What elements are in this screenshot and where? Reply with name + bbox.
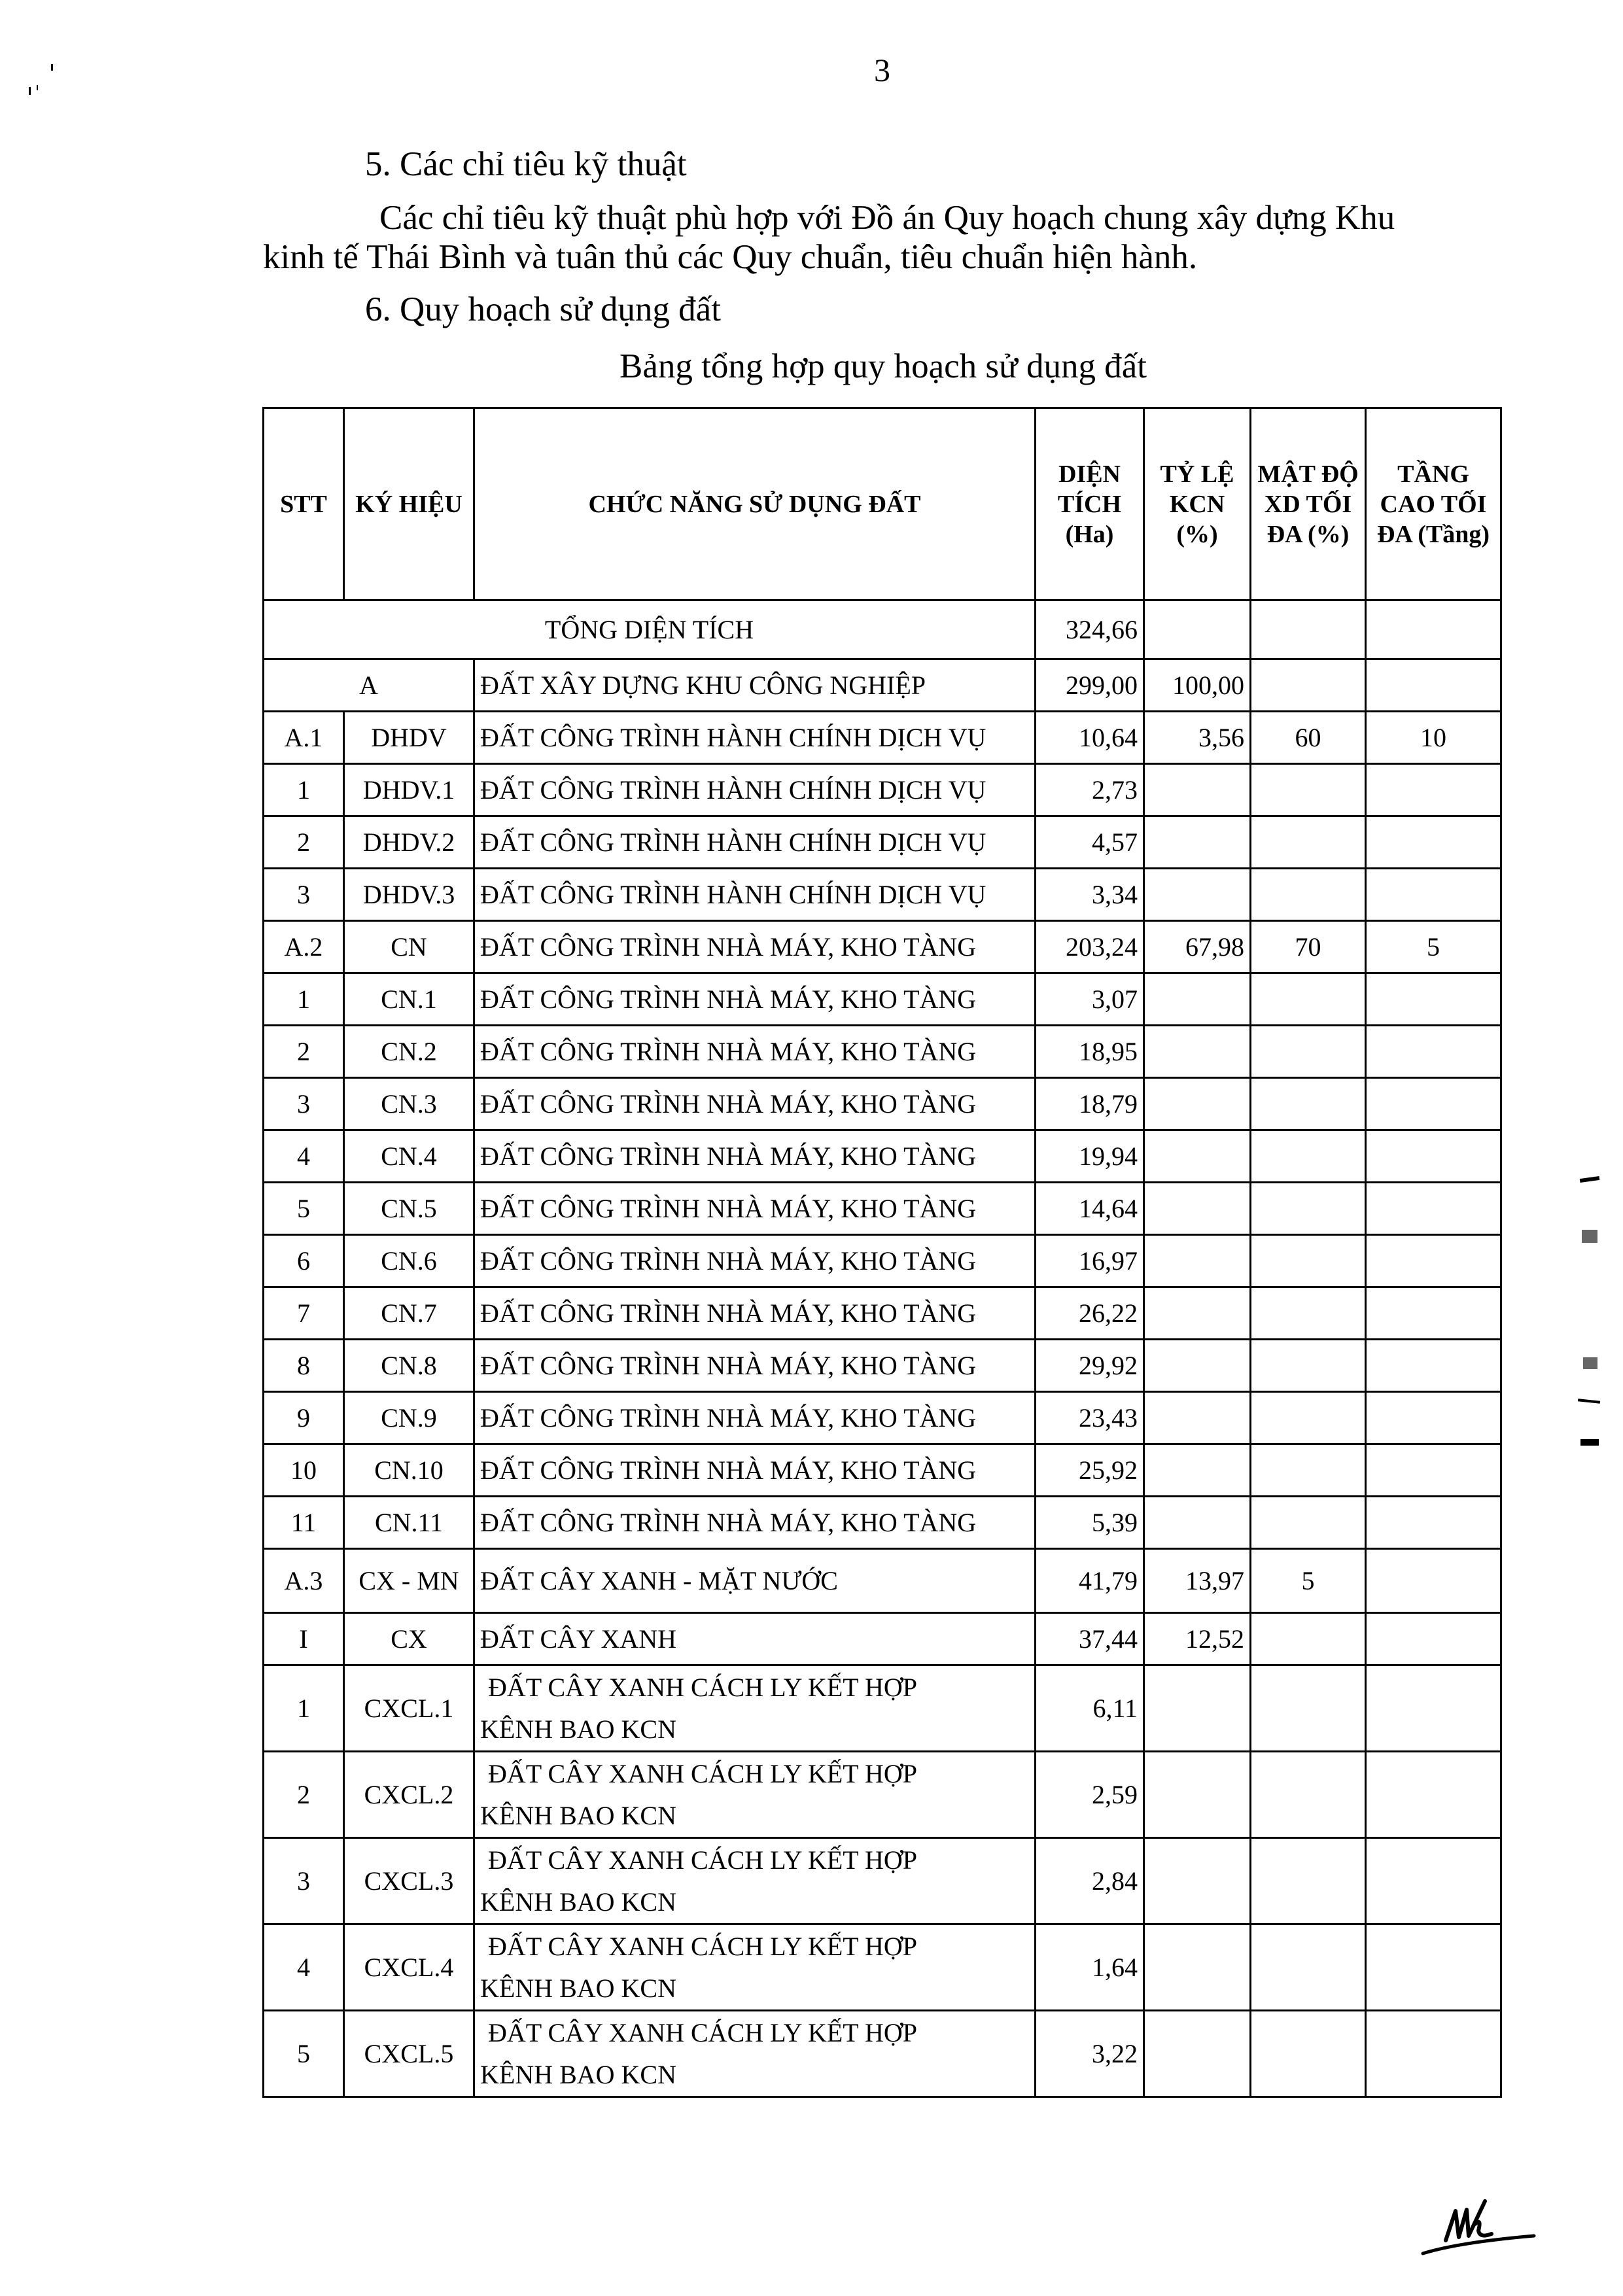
cell-ky-hieu: CXCL.3 <box>344 1838 474 1924</box>
cell-ky-hieu: DHDV.2 <box>344 816 474 869</box>
table-row: 5CXCL.5ĐẤT CÂY XANH CÁCH LY KẾT HỢPKÊNH … <box>264 2011 1501 2097</box>
cell-tang-cao <box>1366 764 1501 816</box>
header-tang-cao: TẦNG CAO TỐI ĐA (Tầng) <box>1366 408 1501 600</box>
chuc-nang-line-2: KÊNH BAO KCN <box>480 1881 1029 1923</box>
cell-mat-do <box>1251 1392 1366 1444</box>
cell-dien-tich: 26,22 <box>1036 1287 1144 1340</box>
table-row: 1DHDV.1ĐẤT CÔNG TRÌNH HÀNH CHÍNH DỊCH VỤ… <box>264 764 1501 816</box>
group-a-chuc-nang: ĐẤT XÂY DỰNG KHU CÔNG NGHIỆP <box>474 659 1036 712</box>
land-use-table: STT KÝ HIỆU CHỨC NĂNG SỬ DỤNG ĐẤT DIỆN T… <box>262 407 1502 2098</box>
cell-dien-tich: 2,84 <box>1036 1838 1144 1924</box>
cell-stt: I <box>264 1613 344 1665</box>
cell-stt: 3 <box>264 1078 344 1130</box>
scan-speck <box>1580 1176 1600 1183</box>
scan-speck <box>1582 1230 1597 1243</box>
cell-chuc-nang: ĐẤT CÔNG TRÌNH NHÀ MÁY, KHO TÀNG <box>474 1287 1036 1340</box>
chuc-nang-line-1: ĐẤT CÂY XANH CÁCH LY KẾT HỢP <box>480 1753 1029 1795</box>
cell-mat-do <box>1251 1130 1366 1183</box>
cell-dien-tich: 37,44 <box>1036 1613 1144 1665</box>
chuc-nang-line-2: KÊNH BAO KCN <box>480 2054 1029 2096</box>
cell-tang-cao <box>1366 973 1501 1026</box>
cell-ky-hieu: CN.1 <box>344 973 474 1026</box>
header-dien-tich: DIỆN TÍCH (Ha) <box>1036 408 1144 600</box>
cell-ty-le <box>1144 1665 1251 1752</box>
cell-stt: 9 <box>264 1392 344 1444</box>
cell-stt: 8 <box>264 1340 344 1392</box>
cell-mat-do <box>1251 1183 1366 1235</box>
header-stt: STT <box>264 408 344 600</box>
cell-mat-do <box>1251 1665 1366 1752</box>
cell-ky-hieu: CN.5 <box>344 1183 474 1235</box>
cell-chuc-nang: ĐẤT CÔNG TRÌNH HÀNH CHÍNH DỊCH VỤ <box>474 764 1036 816</box>
section-5-body-line-1: Các chỉ tiêu kỹ thuật phù hợp với Đồ án … <box>379 196 1395 239</box>
cell-tang-cao <box>1366 1287 1501 1340</box>
table-row: 9CN.9ĐẤT CÔNG TRÌNH NHÀ MÁY, KHO TÀNG23,… <box>264 1392 1501 1444</box>
cell-stt: 4 <box>264 1130 344 1183</box>
cell-chuc-nang: ĐẤT CÂY XANH CÁCH LY KẾT HỢPKÊNH BAO KCN <box>474 2011 1036 2097</box>
cell-ty-le: 3,56 <box>1144 712 1251 764</box>
cell-dien-tich: 14,64 <box>1036 1183 1144 1235</box>
cell-chuc-nang: ĐẤT CÔNG TRÌNH NHÀ MÁY, KHO TÀNG <box>474 1026 1036 1078</box>
cell-ky-hieu: CXCL.1 <box>344 1665 474 1752</box>
cell-mat-do <box>1251 1838 1366 1924</box>
cell-tang-cao <box>1366 1549 1501 1613</box>
section-5-body-line-2: kinh tế Thái Bình và tuân thủ các Quy ch… <box>263 235 1197 279</box>
cell-ty-le <box>1144 1392 1251 1444</box>
cell-ky-hieu: DHDV <box>344 712 474 764</box>
scan-speck <box>37 85 38 90</box>
total-dien-tich: 324,66 <box>1036 600 1144 659</box>
total-row: TỔNG DIỆN TÍCH 324,66 <box>264 600 1501 659</box>
cell-tang-cao <box>1366 816 1501 869</box>
cell-dien-tich: 6,11 <box>1036 1665 1144 1752</box>
table-row: ICXĐẤT CÂY XANH37,4412,52 <box>264 1613 1501 1665</box>
cell-ty-le: 67,98 <box>1144 921 1251 973</box>
empty-cell <box>1144 600 1251 659</box>
cell-tang-cao <box>1366 2011 1501 2097</box>
table-row: 3CN.3ĐẤT CÔNG TRÌNH NHÀ MÁY, KHO TÀNG18,… <box>264 1078 1501 1130</box>
cell-ty-le: 13,97 <box>1144 1549 1251 1613</box>
cell-mat-do: 5 <box>1251 1549 1366 1613</box>
cell-ky-hieu: CN <box>344 921 474 973</box>
cell-ty-le <box>1144 1752 1251 1838</box>
cell-chuc-nang: ĐẤT CÔNG TRÌNH NHÀ MÁY, KHO TÀNG <box>474 1130 1036 1183</box>
header-mat-do: MẬT ĐỘ XD TỐI ĐA (%) <box>1251 408 1366 600</box>
cell-dien-tich: 41,79 <box>1036 1549 1144 1613</box>
cell-ty-le <box>1144 1078 1251 1130</box>
header-chuc-nang: CHỨC NĂNG SỬ DỤNG ĐẤT <box>474 408 1036 600</box>
cell-tang-cao <box>1366 1340 1501 1392</box>
scan-speck <box>1578 1399 1600 1404</box>
cell-tang-cao <box>1366 1613 1501 1665</box>
cell-ty-le <box>1144 1130 1251 1183</box>
cell-tang-cao <box>1366 1392 1501 1444</box>
cell-ky-hieu: CN.4 <box>344 1130 474 1183</box>
empty-cell <box>1366 659 1501 712</box>
cell-tang-cao <box>1366 1444 1501 1497</box>
table-row: 2DHDV.2ĐẤT CÔNG TRÌNH HÀNH CHÍNH DỊCH VỤ… <box>264 816 1501 869</box>
cell-stt: 1 <box>264 973 344 1026</box>
group-a-code: A <box>264 659 474 712</box>
cell-ty-le <box>1144 764 1251 816</box>
cell-ky-hieu: CN.7 <box>344 1287 474 1340</box>
cell-mat-do <box>1251 816 1366 869</box>
empty-cell <box>1366 600 1501 659</box>
cell-ty-le <box>1144 1340 1251 1392</box>
cell-chuc-nang: ĐẤT CÂY XANH CÁCH LY KẾT HỢPKÊNH BAO KCN <box>474 1924 1036 2011</box>
cell-mat-do <box>1251 1026 1366 1078</box>
table-caption-text: Bảng tổng hợp quy hoạch sử dụng đất <box>620 347 1147 385</box>
cell-ty-le <box>1144 869 1251 921</box>
chuc-nang-line-1: ĐẤT CÂY XANH CÁCH LY KẾT HỢP <box>480 1839 1029 1881</box>
cell-ky-hieu: CX <box>344 1613 474 1665</box>
cell-chuc-nang: ĐẤT CÂY XANH CÁCH LY KẾT HỢPKÊNH BAO KCN <box>474 1838 1036 1924</box>
cell-mat-do <box>1251 1287 1366 1340</box>
cell-tang-cao <box>1366 1497 1501 1549</box>
cell-tang-cao <box>1366 1183 1501 1235</box>
cell-mat-do <box>1251 1752 1366 1838</box>
cell-dien-tich: 18,95 <box>1036 1026 1144 1078</box>
cell-ky-hieu: CXCL.2 <box>344 1752 474 1838</box>
table-caption: Bảng tổng hợp quy hoạch sử dụng đất <box>0 347 1623 386</box>
cell-ty-le <box>1144 1026 1251 1078</box>
cell-ky-hieu: CN.11 <box>344 1497 474 1549</box>
cell-mat-do <box>1251 1078 1366 1130</box>
cell-dien-tich: 3,34 <box>1036 869 1144 921</box>
cell-ty-le <box>1144 816 1251 869</box>
cell-chuc-nang: ĐẤT CÔNG TRÌNH NHÀ MÁY, KHO TÀNG <box>474 921 1036 973</box>
chuc-nang-line-2: KÊNH BAO KCN <box>480 1709 1029 1750</box>
scan-speck <box>1580 1439 1599 1446</box>
cell-ky-hieu: DHDV.3 <box>344 869 474 921</box>
cell-chuc-nang: ĐẤT CÂY XANH CÁCH LY KẾT HỢPKÊNH BAO KCN <box>474 1752 1036 1838</box>
cell-dien-tich: 25,92 <box>1036 1444 1144 1497</box>
group-a-ty-le: 100,00 <box>1144 659 1251 712</box>
cell-stt: 1 <box>264 764 344 816</box>
cell-tang-cao <box>1366 1665 1501 1752</box>
cell-ky-hieu: CN.8 <box>344 1340 474 1392</box>
cell-chuc-nang: ĐẤT CÔNG TRÌNH NHÀ MÁY, KHO TÀNG <box>474 1340 1036 1392</box>
cell-dien-tich: 4,57 <box>1036 816 1144 869</box>
cell-dien-tich: 2,59 <box>1036 1752 1144 1838</box>
cell-chuc-nang: ĐẤT CÔNG TRÌNH NHÀ MÁY, KHO TÀNG <box>474 1497 1036 1549</box>
cell-ty-le <box>1144 1444 1251 1497</box>
table-row: 3CXCL.3ĐẤT CÂY XANH CÁCH LY KẾT HỢPKÊNH … <box>264 1838 1501 1924</box>
chuc-nang-line-1: ĐẤT CÂY XANH CÁCH LY KẾT HỢP <box>480 1667 1029 1709</box>
table-row: 4CXCL.4ĐẤT CÂY XANH CÁCH LY KẾT HỢPKÊNH … <box>264 1924 1501 2011</box>
cell-ky-hieu: CXCL.4 <box>344 1924 474 2011</box>
cell-chuc-nang: ĐẤT CÔNG TRÌNH HÀNH CHÍNH DỊCH VỤ <box>474 816 1036 869</box>
table-row: A.1DHDVĐẤT CÔNG TRÌNH HÀNH CHÍNH DỊCH VỤ… <box>264 712 1501 764</box>
cell-dien-tich: 23,43 <box>1036 1392 1144 1444</box>
total-label: TỔNG DIỆN TÍCH <box>264 600 1036 659</box>
chuc-nang-line-2: KÊNH BAO KCN <box>480 1795 1029 1837</box>
cell-chuc-nang: ĐẤT CÔNG TRÌNH HÀNH CHÍNH DỊCH VỤ <box>474 712 1036 764</box>
chuc-nang-line-1: ĐẤT CÂY XANH CÁCH LY KẾT HỢP <box>480 1926 1029 1968</box>
cell-dien-tich: 2,73 <box>1036 764 1144 816</box>
scan-speck <box>29 87 31 95</box>
cell-stt: A.1 <box>264 712 344 764</box>
table-row: 5CN.5ĐẤT CÔNG TRÌNH NHÀ MÁY, KHO TÀNG14,… <box>264 1183 1501 1235</box>
table-row: 6CN.6ĐẤT CÔNG TRÌNH NHÀ MÁY, KHO TÀNG16,… <box>264 1235 1501 1287</box>
cell-tang-cao <box>1366 1026 1501 1078</box>
cell-chuc-nang: ĐẤT CÔNG TRÌNH NHÀ MÁY, KHO TÀNG <box>474 1078 1036 1130</box>
cell-chuc-nang: ĐẤT CÔNG TRÌNH NHÀ MÁY, KHO TÀNG <box>474 1392 1036 1444</box>
empty-cell <box>1251 600 1366 659</box>
cell-stt: 3 <box>264 869 344 921</box>
cell-chuc-nang: ĐẤT CÔNG TRÌNH NHÀ MÁY, KHO TÀNG <box>474 1444 1036 1497</box>
cell-stt: 10 <box>264 1444 344 1497</box>
cell-mat-do <box>1251 869 1366 921</box>
cell-dien-tich: 10,64 <box>1036 712 1144 764</box>
table-row: A.3CX - MNĐẤT CÂY XANH - MẶT NƯỚC41,7913… <box>264 1549 1501 1613</box>
cell-ty-le <box>1144 1838 1251 1924</box>
table-header-row: STT KÝ HIỆU CHỨC NĂNG SỬ DỤNG ĐẤT DIỆN T… <box>264 408 1501 600</box>
cell-ky-hieu: CN.6 <box>344 1235 474 1287</box>
header-ky-hieu: KÝ HIỆU <box>344 408 474 600</box>
cell-tang-cao: 10 <box>1366 712 1501 764</box>
cell-mat-do: 70 <box>1251 921 1366 973</box>
cell-mat-do <box>1251 2011 1366 2097</box>
cell-chuc-nang: ĐẤT CÔNG TRÌNH NHÀ MÁY, KHO TÀNG <box>474 1235 1036 1287</box>
cell-ty-le: 12,52 <box>1144 1613 1251 1665</box>
table-row: 1CN.1ĐẤT CÔNG TRÌNH NHÀ MÁY, KHO TÀNG3,0… <box>264 973 1501 1026</box>
cell-mat-do <box>1251 1340 1366 1392</box>
table-row: 4CN.4ĐẤT CÔNG TRÌNH NHÀ MÁY, KHO TÀNG19,… <box>264 1130 1501 1183</box>
cell-stt: 7 <box>264 1287 344 1340</box>
cell-ty-le <box>1144 1235 1251 1287</box>
cell-tang-cao <box>1366 869 1501 921</box>
cell-ty-le <box>1144 2011 1251 2097</box>
scan-speck <box>51 64 53 71</box>
section-5-heading: 5. Các chỉ tiêu kỹ thuật <box>365 143 687 186</box>
cell-tang-cao <box>1366 1078 1501 1130</box>
cell-tang-cao <box>1366 1752 1501 1838</box>
cell-chuc-nang: ĐẤT CÂY XANH - MẶT NƯỚC <box>474 1549 1036 1613</box>
scan-speck <box>1583 1357 1597 1369</box>
cell-stt: 2 <box>264 1026 344 1078</box>
cell-tang-cao <box>1366 1130 1501 1183</box>
table-row: 1CXCL.1ĐẤT CÂY XANH CÁCH LY KẾT HỢPKÊNH … <box>264 1665 1501 1752</box>
cell-dien-tich: 3,22 <box>1036 2011 1144 2097</box>
cell-stt: 3 <box>264 1838 344 1924</box>
cell-stt: 2 <box>264 816 344 869</box>
cell-ky-hieu: CN.9 <box>344 1392 474 1444</box>
cell-chuc-nang: ĐẤT CÔNG TRÌNH NHÀ MÁY, KHO TÀNG <box>474 1183 1036 1235</box>
cell-tang-cao <box>1366 1924 1501 2011</box>
cell-ty-le <box>1144 973 1251 1026</box>
cell-tang-cao <box>1366 1838 1501 1924</box>
cell-chuc-nang: ĐẤT CÔNG TRÌNH HÀNH CHÍNH DỊCH VỤ <box>474 869 1036 921</box>
group-a-row: A ĐẤT XÂY DỰNG KHU CÔNG NGHIỆP 299,00 10… <box>264 659 1501 712</box>
table-row: 10CN.10ĐẤT CÔNG TRÌNH NHÀ MÁY, KHO TÀNG2… <box>264 1444 1501 1497</box>
cell-stt: 6 <box>264 1235 344 1287</box>
cell-ty-le <box>1144 1924 1251 2011</box>
chuc-nang-line-1: ĐẤT CÂY XANH CÁCH LY KẾT HỢP <box>480 2012 1029 2054</box>
cell-ky-hieu: CN.2 <box>344 1026 474 1078</box>
cell-ty-le <box>1144 1497 1251 1549</box>
cell-mat-do <box>1251 1497 1366 1549</box>
cell-chuc-nang: ĐẤT CÂY XANH CÁCH LY KẾT HỢPKÊNH BAO KCN <box>474 1665 1036 1752</box>
cell-dien-tich: 18,79 <box>1036 1078 1144 1130</box>
cell-chuc-nang: ĐẤT CÔNG TRÌNH NHÀ MÁY, KHO TÀNG <box>474 973 1036 1026</box>
cell-mat-do <box>1251 1924 1366 2011</box>
cell-dien-tich: 29,92 <box>1036 1340 1144 1392</box>
cell-chuc-nang: ĐẤT CÂY XANH <box>474 1613 1036 1665</box>
cell-dien-tich: 5,39 <box>1036 1497 1144 1549</box>
table-row: 3DHDV.3ĐẤT CÔNG TRÌNH HÀNH CHÍNH DỊCH VỤ… <box>264 869 1501 921</box>
cell-stt: A.2 <box>264 921 344 973</box>
cell-mat-do <box>1251 973 1366 1026</box>
cell-tang-cao: 5 <box>1366 921 1501 973</box>
cell-ky-hieu: CN.10 <box>344 1444 474 1497</box>
cell-dien-tich: 203,24 <box>1036 921 1144 973</box>
cell-dien-tich: 16,97 <box>1036 1235 1144 1287</box>
cell-ty-le <box>1144 1287 1251 1340</box>
cell-mat-do <box>1251 764 1366 816</box>
cell-dien-tich: 19,94 <box>1036 1130 1144 1183</box>
cell-mat-do <box>1251 1444 1366 1497</box>
table-row: 8CN.8ĐẤT CÔNG TRÌNH NHÀ MÁY, KHO TÀNG29,… <box>264 1340 1501 1392</box>
cell-mat-do: 60 <box>1251 712 1366 764</box>
group-a-dien-tich: 299,00 <box>1036 659 1144 712</box>
cell-ky-hieu: CXCL.5 <box>344 2011 474 2097</box>
cell-ky-hieu: DHDV.1 <box>344 764 474 816</box>
cell-ky-hieu: CN.3 <box>344 1078 474 1130</box>
cell-tang-cao <box>1366 1235 1501 1287</box>
cell-stt: 4 <box>264 1924 344 2011</box>
section-6-heading: 6. Quy hoạch sử dụng đất <box>365 288 721 331</box>
table-row: A.2CNĐẤT CÔNG TRÌNH NHÀ MÁY, KHO TÀNG203… <box>264 921 1501 973</box>
cell-mat-do <box>1251 1235 1366 1287</box>
table-row: 7CN.7ĐẤT CÔNG TRÌNH NHÀ MÁY, KHO TÀNG26,… <box>264 1287 1501 1340</box>
cell-ty-le <box>1144 1183 1251 1235</box>
page-number: 3 <box>874 51 890 89</box>
cell-stt: 5 <box>264 2011 344 2097</box>
cell-stt: A.3 <box>264 1549 344 1613</box>
cell-mat-do <box>1251 1613 1366 1665</box>
cell-stt: 5 <box>264 1183 344 1235</box>
cell-dien-tich: 3,07 <box>1036 973 1144 1026</box>
empty-cell <box>1251 659 1366 712</box>
cell-dien-tich: 1,64 <box>1036 1924 1144 2011</box>
chuc-nang-line-2: KÊNH BAO KCN <box>480 1968 1029 2009</box>
cell-stt: 2 <box>264 1752 344 1838</box>
cell-ky-hieu: CX - MN <box>344 1549 474 1613</box>
table-row: 2CN.2ĐẤT CÔNG TRÌNH NHÀ MÁY, KHO TÀNG18,… <box>264 1026 1501 1078</box>
cell-stt: 11 <box>264 1497 344 1549</box>
table-row: 2CXCL.2ĐẤT CÂY XANH CÁCH LY KẾT HỢPKÊNH … <box>264 1752 1501 1838</box>
table-row: 11CN.11ĐẤT CÔNG TRÌNH NHÀ MÁY, KHO TÀNG5… <box>264 1497 1501 1549</box>
cell-stt: 1 <box>264 1665 344 1752</box>
signature-icon <box>1420 2191 1537 2263</box>
header-ty-le: TỶ LỆ KCN (%) <box>1144 408 1251 600</box>
